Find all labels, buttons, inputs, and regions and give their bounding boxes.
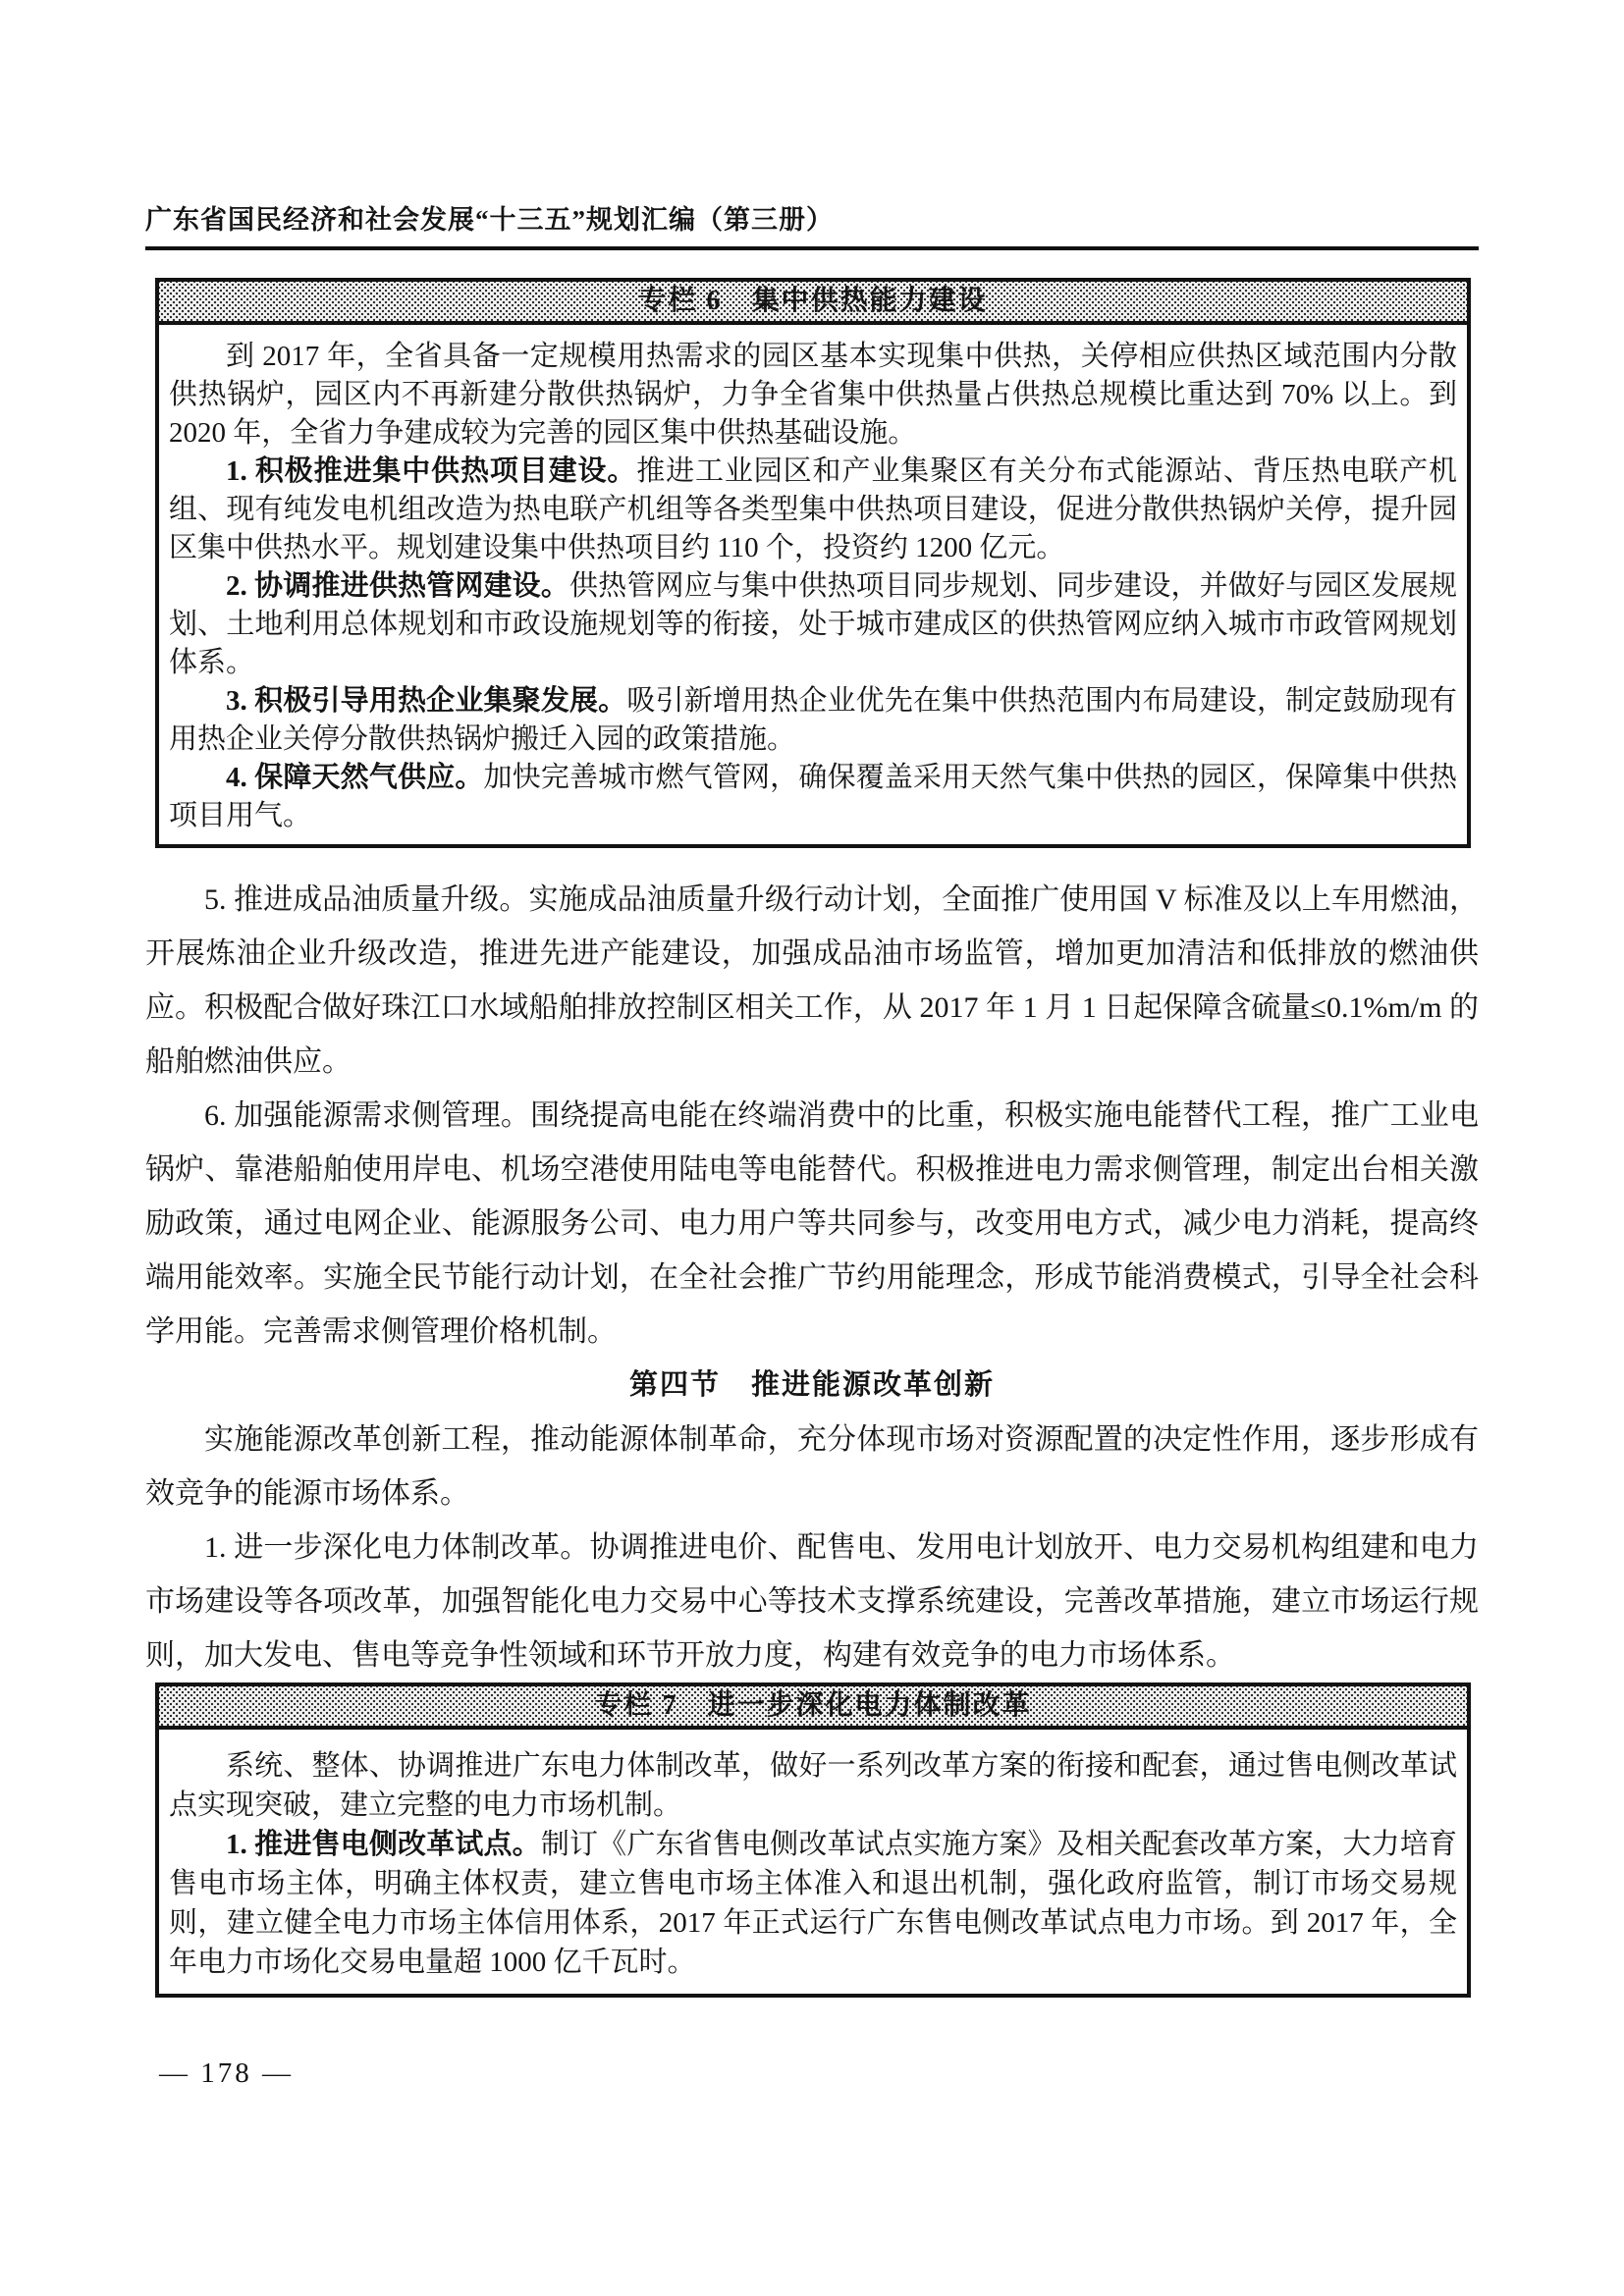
box6-intro: 到 2017 年，全省具备一定规模用热需求的园区基本实现集中供热，关停相应供热区… [169, 338, 1457, 453]
box7-item-1: 1. 推进售电侧改革试点。制订《广东省售电侧改革试点实施方案》及相关配套改革方案… [169, 1825, 1457, 1982]
box7-title: 专栏 7 进一步深化电力体制改革 [159, 1686, 1467, 1730]
box6-item-4-lead: 4. 保障天然气供应。 [226, 762, 484, 793]
body-text-block: 5. 推进成品油质量升级。实施成品油质量升级行动计划，全面推广使用国 V 标准及… [145, 873, 1479, 1682]
section-intro-text: 实施能源改革创新工程，推动能源体制革命，充分体现市场对资源配置的决定性作用，逐步… [145, 1423, 1479, 1510]
panel-box6: 专栏 6 集中供热能力建设 到 2017 年，全省具备一定规模用热需求的园区基本… [155, 278, 1471, 848]
section-item-1-text: 1. 进一步深化电力体制改革。协调推进电价、配售电、发用电计划放开、电力交易机构… [145, 1531, 1479, 1672]
box7-intro-text: 系统、整体、协调推进广东电力体制改革，做好一系列改革方案的衔接和配套，通过售电侧… [169, 1750, 1457, 1821]
paragraph-6-text: 6. 加强能源需求侧管理。围绕提高电能在终端消费中的比重，积极实施电能替代工程，… [145, 1099, 1479, 1348]
page-number: — 178 — [159, 2057, 294, 2090]
running-header: 广东省国民经济和社会发展“十三五”规划汇编（第三册） [145, 202, 1479, 250]
paragraph-6: 6. 加强能源需求侧管理。围绕提高电能在终端消费中的比重，积极实施电能替代工程，… [145, 1089, 1479, 1359]
header-title: 广东省国民经济和社会发展“十三五”规划汇编（第三册） [145, 202, 1479, 238]
paragraph-5: 5. 推进成品油质量升级。实施成品油质量升级行动计划，全面推广使用国 V 标准及… [145, 873, 1479, 1089]
section-item-1-paragraph: 1. 进一步深化电力体制改革。协调推进电价、配售电、发用电计划放开、电力交易机构… [145, 1521, 1479, 1682]
header-rule [145, 246, 1479, 250]
box6-item-3-lead: 3. 积极引导用热企业集聚发展。 [226, 685, 626, 717]
content-column: 广东省国民经济和社会发展“十三五”规划汇编（第三册） 专栏 6 集中供热能力建设… [145, 202, 1479, 1998]
page: 广东省国民经济和社会发展“十三五”规划汇编（第三册） 专栏 6 集中供热能力建设… [0, 0, 1624, 2296]
section-heading: 第四节 推进能源改革创新 [145, 1359, 1479, 1413]
box6-item-2: 2. 协调推进供热管网建设。供热管网应与集中供热项目同步规划、同步建设，并做好与… [169, 567, 1457, 682]
box6-intro-text: 到 2017 年，全省具备一定规模用热需求的园区基本实现集中供热，关停相应供热区… [169, 341, 1457, 449]
box6-item-1-lead: 1. 积极推进集中供热项目建设。 [226, 455, 636, 487]
box6-item-1: 1. 积极推进集中供热项目建设。推进工业园区和产业集聚区有关分布式能源站、背压热… [169, 453, 1457, 567]
box6-item-2-lead: 2. 协调推进供热管网建设。 [226, 570, 569, 602]
box6-title: 专栏 6 集中供热能力建设 [159, 282, 1467, 325]
box6-item-3: 3. 积极引导用热企业集聚发展。吸引新增用热企业优先在集中供热范围内布局建设，制… [169, 682, 1457, 759]
box7-intro: 系统、整体、协调推进广东电力体制改革，做好一系列改革方案的衔接和配套，通过售电侧… [169, 1746, 1457, 1825]
paragraph-5-text: 5. 推进成品油质量升级。实施成品油质量升级行动计划，全面推广使用国 V 标准及… [145, 883, 1479, 1078]
box7-body: 系统、整体、协调推进广东电力体制改革，做好一系列改革方案的衔接和配套，通过售电侧… [159, 1730, 1467, 1994]
section-intro-paragraph: 实施能源改革创新工程，推动能源体制革命，充分体现市场对资源配置的决定性作用，逐步… [145, 1413, 1479, 1521]
box6-body: 到 2017 年，全省具备一定规模用热需求的园区基本实现集中供热，关停相应供热区… [159, 325, 1467, 844]
box7-item-1-lead: 1. 推进售电侧改革试点。 [226, 1829, 541, 1860]
panel-box7: 专栏 7 进一步深化电力体制改革 系统、整体、协调推进广东电力体制改革，做好一系… [155, 1682, 1471, 1998]
box6-item-4: 4. 保障天然气供应。加快完善城市燃气管网，确保覆盖采用天然气集中供热的园区，保… [169, 759, 1457, 835]
